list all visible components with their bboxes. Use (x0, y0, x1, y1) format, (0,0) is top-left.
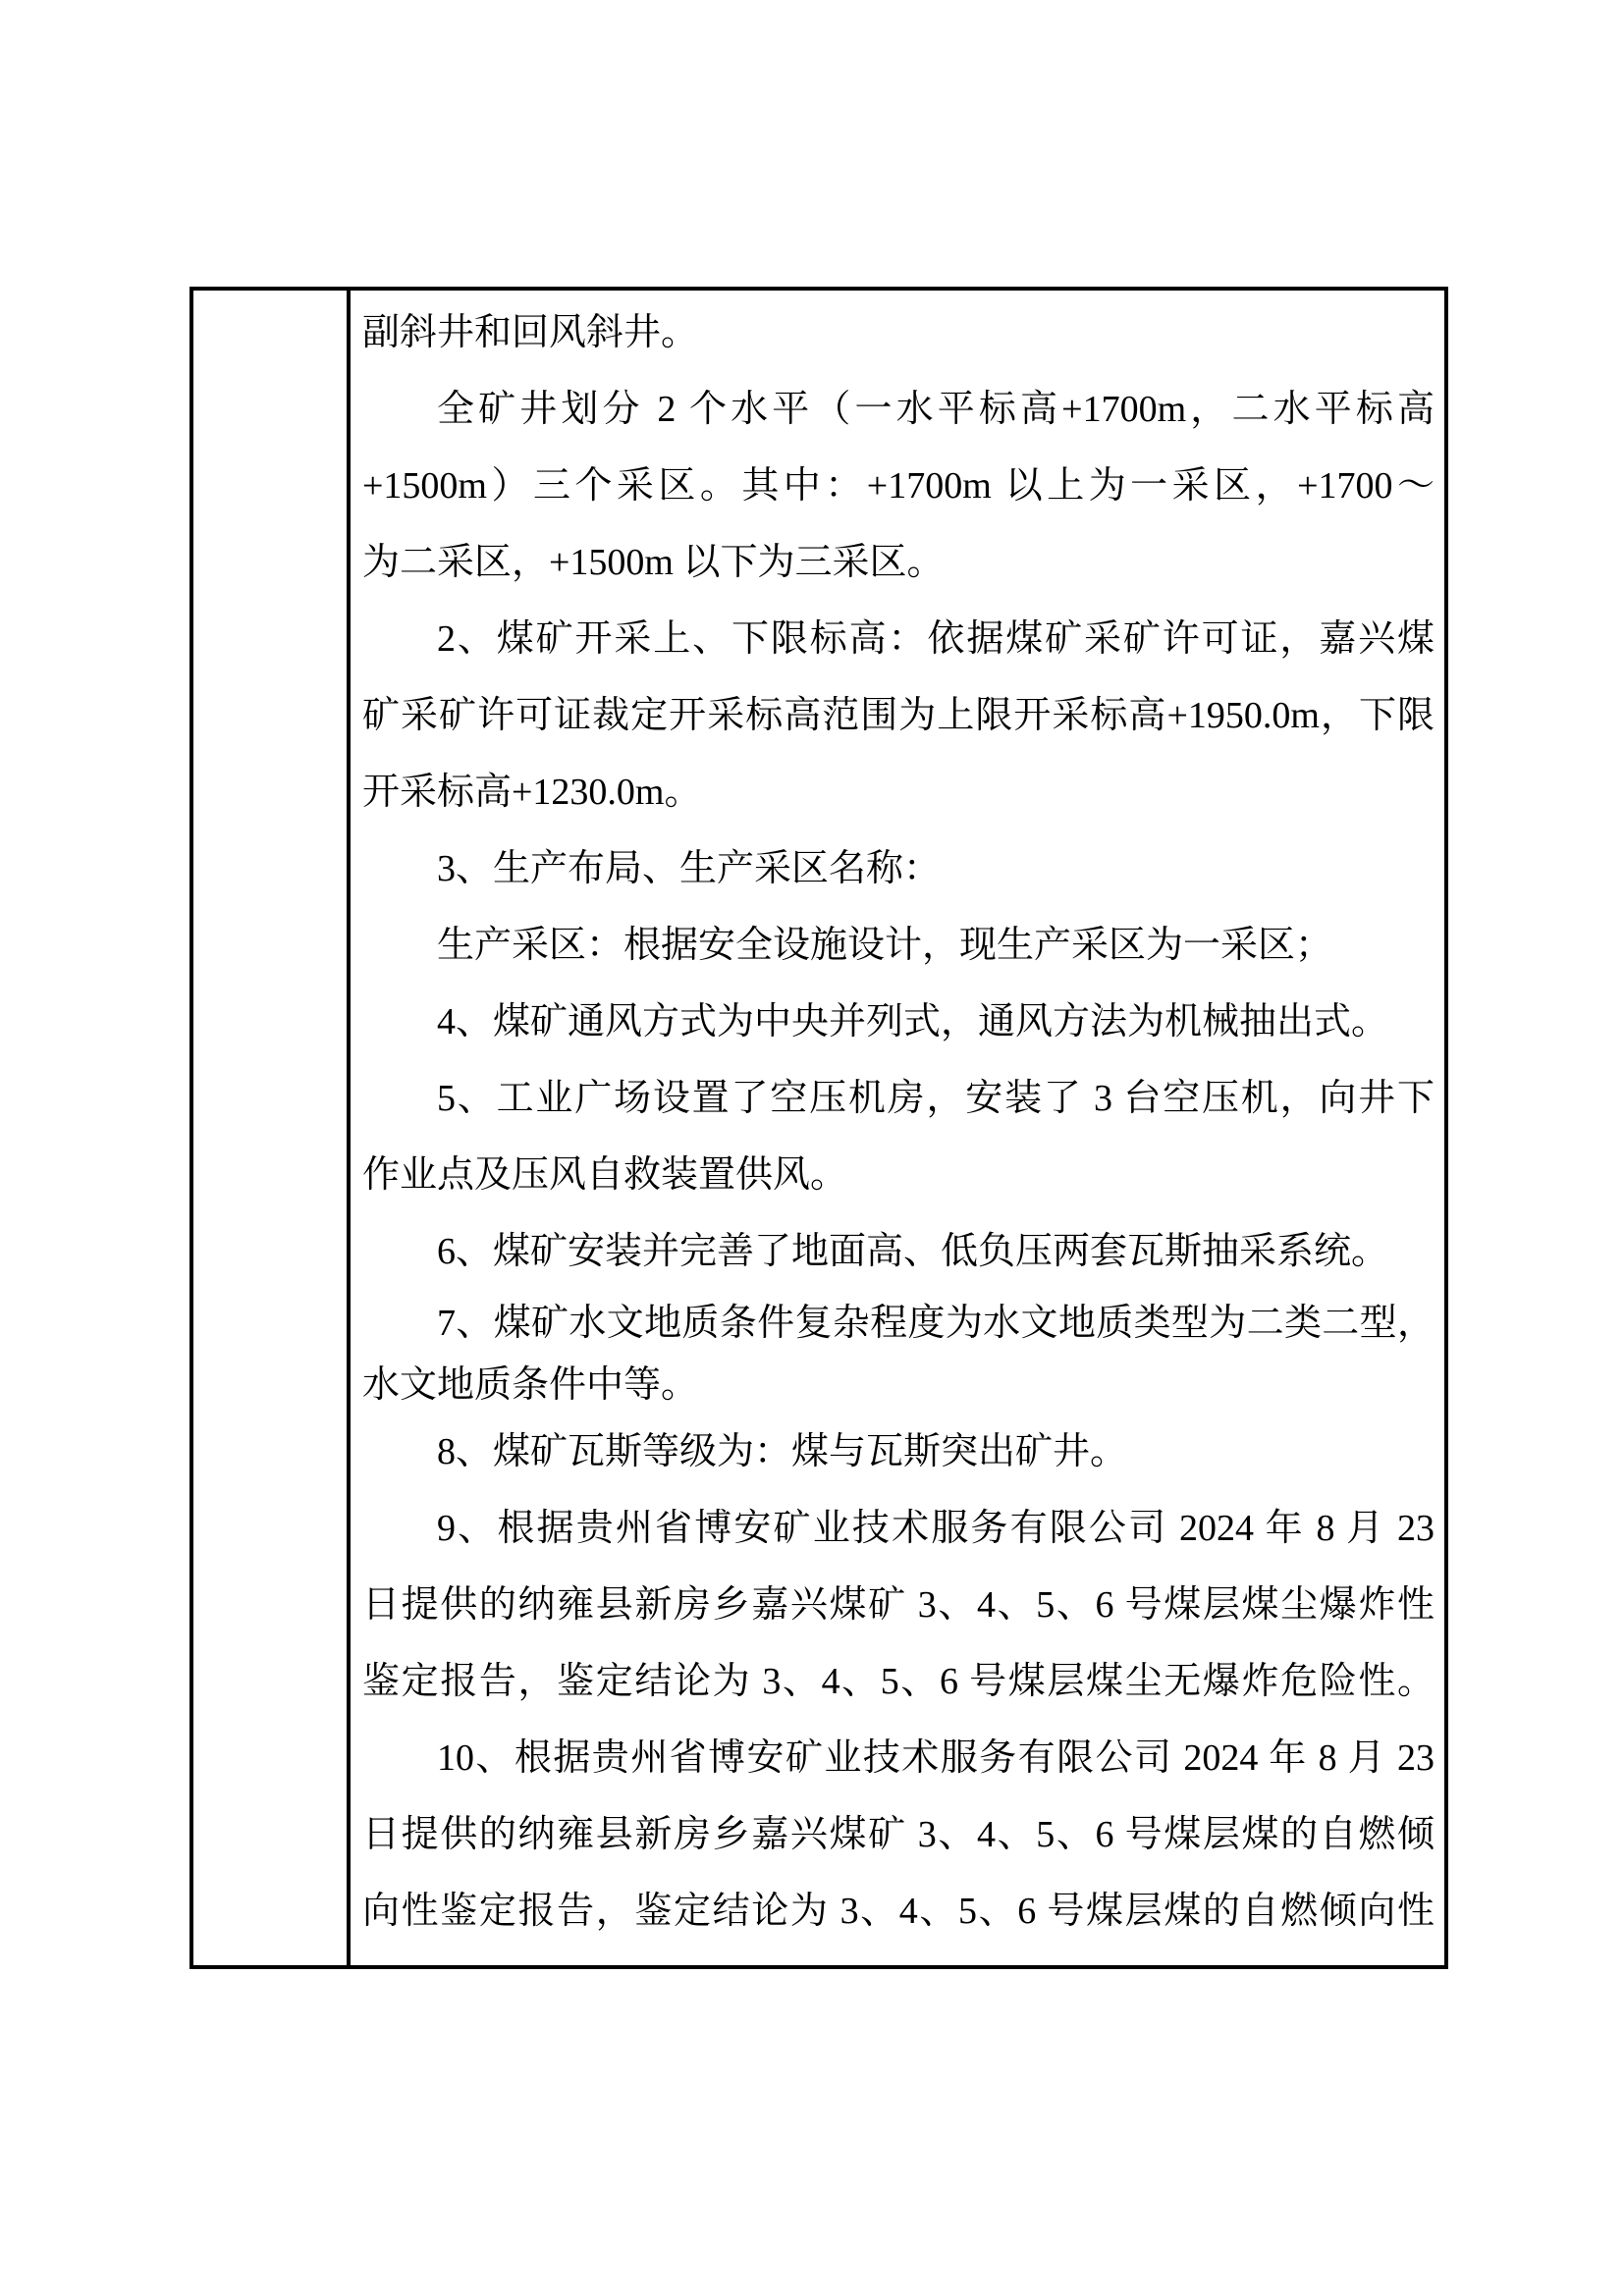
text-line: 2、煤矿开采上、下限标高：依据煤矿采矿许可证，嘉兴煤 (362, 601, 1435, 677)
text-line: 向性鉴定报告，鉴定结论为 3、4、5、6 号煤层煤的自燃倾向性 (362, 1873, 1435, 1949)
text-line: 4、煤矿通风方式为中央并列式，通风方法为机械抽出式。 (362, 984, 1435, 1060)
text-line: 副斜井和回风斜井。 (362, 294, 1435, 371)
text-line: 3、生产布局、生产采区名称： (362, 830, 1435, 907)
text-line: 为二采区，+1500m 以下为三采区。 (362, 524, 1435, 601)
text-line: 6、煤矿安装并完善了地面高、低负压两套瓦斯抽采系统。 (362, 1213, 1435, 1290)
text-line: 全矿井划分 2 个水平（一水平标高+1700m，二水平标高 (362, 371, 1435, 448)
text-line: 水文地质条件中等。 (362, 1357, 1435, 1414)
text-line: +1500m）三个采区。其中：+1700m 以上为一采区，+1700～+1500… (362, 448, 1435, 524)
text-line: 7、煤矿水文地质条件复杂程度为水文地质类型为二类二型， (362, 1290, 1435, 1357)
text-line: 作业点及压风自救装置供风。 (362, 1137, 1435, 1213)
text-line: 鉴定报告，鉴定结论为 3、4、5、6 号煤层煤尘无爆炸危险性。 (362, 1643, 1435, 1720)
text-line: 生产采区：根据安全设施设计，现生产采区为一采区； (362, 907, 1435, 984)
text-line: 矿采矿许可证裁定开采标高范围为上限开采标高+1950.0m，下限 (362, 677, 1435, 754)
text-line: 日提供的纳雍县新房乡嘉兴煤矿 3、4、5、6 号煤层煤的自燃倾 (362, 1796, 1435, 1873)
page: { "ink_color": "#000000", "page_backgrou… (0, 0, 1624, 2296)
document-table: 副斜井和回风斜井。全矿井划分 2 个水平（一水平标高+1700m，二水平标高+1… (189, 287, 1448, 1969)
text-line: 9、根据贵州省博安矿业技术服务有限公司 2024 年 8 月 23 (362, 1490, 1435, 1567)
text-line: 10、根据贵州省博安矿业技术服务有限公司 2024 年 8 月 23 (362, 1720, 1435, 1796)
text-line: 开采标高+1230.0m。 (362, 754, 1435, 830)
text-line: 8、煤矿瓦斯等级为：煤与瓦斯突出矿井。 (362, 1414, 1435, 1490)
text-line: 日提供的纳雍县新房乡嘉兴煤矿 3、4、5、6 号煤层煤尘爆炸性 (362, 1567, 1435, 1643)
table-label-cell (193, 291, 351, 1965)
text-line: 5、工业广场设置了空压机房，安装了 3 台空压机，向井下 (362, 1060, 1435, 1137)
content-cell: 副斜井和回风斜井。全矿井划分 2 个水平（一水平标高+1700m，二水平标高+1… (351, 291, 1444, 1965)
